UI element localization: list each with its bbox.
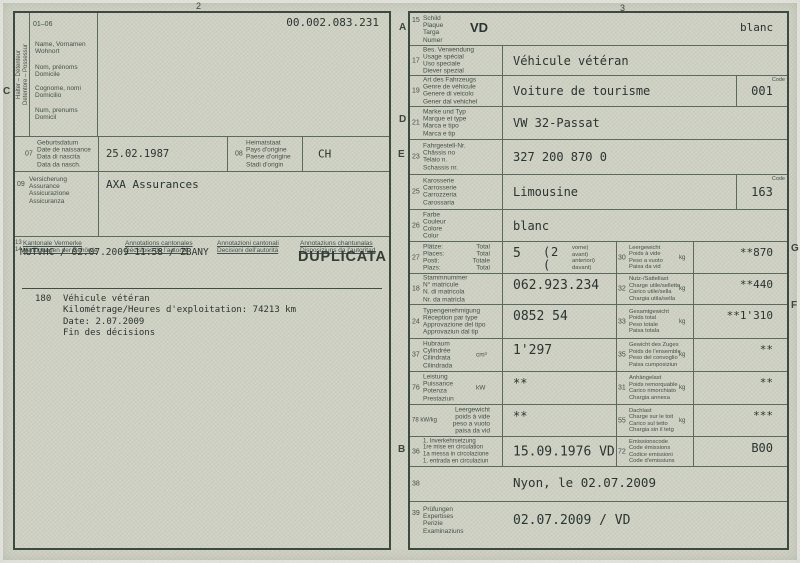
row-typeapproval-totalweight: 24 TypengenehmigungRéception par typeApp…: [410, 305, 787, 339]
duplicata-stamp: DUPLICATA: [298, 249, 387, 265]
field-55-number: 55: [618, 417, 626, 424]
field-30-unit: kg: [679, 255, 685, 261]
field-27-number: 27: [412, 254, 420, 261]
emissions-code-value: B00: [751, 441, 773, 455]
field-30-labels: LeergewichtPoids à videPeso a vuotoPaisa…: [629, 244, 663, 270]
field-39-number: 39: [412, 510, 420, 517]
field-24-number: 24: [412, 318, 420, 325]
divider: [693, 274, 694, 304]
field-76-number: 76: [412, 385, 420, 392]
divider: [227, 137, 228, 171]
holder-vertical-label-de-fr: Halter – Détenteur: [16, 13, 23, 136]
holder-block: Halter – Détenteur Detentore – Possessur…: [15, 13, 389, 137]
divider: [616, 437, 617, 466]
divider: [502, 210, 503, 241]
divider: [502, 107, 503, 139]
first-registration-value: 15.09.1976 VD: [513, 444, 615, 459]
margin-letter-d: D: [399, 114, 406, 125]
entry-text: Véhicule vétéranKilométrage/Heures d'exp…: [63, 294, 296, 339]
field-30-number: 30: [618, 254, 626, 261]
field-27-total-labels: TotalTotalTotaleTotal: [458, 243, 490, 272]
divider: [693, 242, 694, 273]
row-serial-payload: 18 StammnummerN° matriculeN. di matricol…: [410, 274, 787, 305]
special-use-value: Véhicule vétéran: [513, 54, 629, 68]
field-19-number: 19: [412, 88, 420, 95]
front-seats-bracket: (: [543, 245, 550, 259]
code-label: Code: [772, 77, 785, 83]
seats-total-value: 5: [513, 246, 521, 261]
divider: [502, 437, 503, 466]
field-range-label: 01–06: [33, 21, 52, 28]
divider: [502, 339, 503, 371]
field-78-number: 78 kW/kg: [412, 417, 437, 424]
row-body-style: 25 KarosserieCarrosserieCarrozzeriaCaros…: [410, 175, 787, 210]
field-32-unit: kg: [679, 286, 685, 292]
row-vehicle-type: 19 Art des FahrzeugsGenre de véhiculeGen…: [410, 76, 787, 107]
field-38-number: 38: [412, 481, 420, 488]
field-31-number: 31: [618, 385, 626, 392]
divider: [502, 76, 503, 106]
power-value: **: [513, 376, 527, 390]
field-26-number: 26: [412, 222, 420, 229]
field-09-number: 09: [17, 181, 25, 188]
field-18-number: 18: [412, 286, 420, 293]
row-inspections: 39 PrüfungenExpertisesPerizieExaminaziun…: [410, 502, 787, 548]
margin-letter-g: G: [791, 243, 799, 254]
divider: [693, 305, 694, 338]
page-number-left: 2: [196, 1, 201, 11]
margin-letter-f: F: [791, 300, 797, 311]
color-value: blanc: [513, 219, 549, 233]
payload-value: **440: [740, 278, 773, 291]
divider: [502, 242, 503, 273]
field-21-number: 21: [412, 120, 420, 127]
vehicle-registration-scan: 2 3 C A D E B G F Halter – Détenteur Det…: [0, 0, 800, 563]
serial-number-value: 062.923.234: [513, 278, 599, 293]
holder-label-rm: Num, prenumsDomicil: [35, 107, 78, 121]
plate-color-value: blanc: [740, 21, 773, 34]
divider: [502, 140, 503, 174]
divider: [98, 172, 99, 236]
divider: [693, 437, 694, 466]
field-07-labels: GeburtsdatumDate de naissanceData di nas…: [37, 140, 91, 169]
field-26-labels: FarbeCouleurColoreColur: [423, 211, 446, 240]
row-power-trailerload: 76 LeistungPuissancePotenzaPrestaziun kW…: [410, 372, 787, 405]
field-35-number: 35: [618, 352, 626, 359]
divider: [98, 137, 99, 171]
holder-vertical-label-it-rm: Detentore – Possessur: [23, 13, 30, 136]
chassis-number-value: 327 200 870 0: [513, 150, 607, 164]
row-color: 26 FarbeCouleurColoreColur blanc: [410, 210, 787, 242]
field-72-number: 72: [618, 448, 626, 455]
annotations-block: 1314 Kantonale VermerkeVerfügungen der B…: [15, 237, 389, 548]
row-make-type: 21 Marke und TypMarque et typeMarca e ti…: [410, 107, 787, 140]
divider: [616, 405, 617, 436]
row-powerweight-roofload: 78 kW/kg Leergewichtpoids à videpeso a v…: [410, 405, 787, 437]
margin-letter-e: E: [398, 149, 405, 160]
field-76-labels: LeistungPuissancePotenzaPrestaziun: [423, 374, 454, 403]
field-35-unit: kg: [679, 352, 685, 358]
front-seats-bracket2: (: [543, 258, 550, 272]
field-37-number: 37: [412, 352, 420, 359]
row-plate: 15 SchildPlaqueTargaNumer VD blanc: [410, 13, 787, 46]
divider: [616, 305, 617, 338]
plate-canton-value: VD: [470, 20, 488, 35]
divider: [502, 274, 503, 304]
field-37-labels: HubraumCylindréeCilindrataCilindrada: [423, 341, 452, 370]
field-32-labels: Nutz-/SattellastCharge utile/selletteCar…: [629, 276, 680, 302]
displacement-value: 1'297: [513, 343, 552, 358]
body-style-code-box: Code 163: [736, 175, 787, 209]
entry-code: 180: [35, 294, 51, 304]
birthdate-value: 25.02.1987: [106, 148, 169, 160]
roof-load-value: ***: [753, 409, 773, 422]
divider: [616, 372, 617, 404]
divider: [693, 405, 694, 436]
field-35-labels: Gewicht des ZugesPoids de l'ensemblePeso…: [629, 342, 681, 368]
page-left: Halter – Détenteur Detentore – Possessur…: [13, 11, 391, 550]
divider: [502, 46, 503, 75]
divider: [502, 175, 503, 209]
front-seats-labels: vorne)avant)anteriori)davant): [572, 245, 595, 271]
divider: [616, 274, 617, 304]
vehicle-type-code: 001: [751, 84, 773, 98]
field-07-number: 07: [25, 151, 33, 158]
issue-place-date-value: Nyon, le 02.07.2009: [513, 475, 656, 490]
row-chassis: 23 Fahrgestell-Nr.Châssis noTelaio n.Sch…: [410, 140, 787, 175]
separator-rule: [22, 288, 382, 289]
field-17-labels: Bes. VerwendungUsage spécialUso speciale…: [423, 46, 474, 75]
margin-letter-a: A: [399, 22, 406, 33]
field-15-number: 15: [412, 17, 420, 24]
row-seats-emptyweight: 27 Plätze:Places:Posti:Plazs: TotalTotal…: [410, 242, 787, 274]
field-25-labels: KarosserieCarrosserieCarrozzeriaCarossar…: [423, 178, 457, 207]
body-style-value: Limousine: [513, 185, 578, 199]
document-number: 00.002.083.231: [286, 16, 379, 29]
body-style-code: 163: [751, 185, 773, 199]
vehicle-type-code-box: Code 001: [736, 76, 787, 106]
field-09-labels: VersicherungAssuranceAssicurazioneAssicu…: [29, 176, 69, 205]
power-weight-value: **: [513, 409, 527, 423]
annotations-header-it: Annotazioni cantonaliDecisioni dell'auto…: [217, 240, 279, 254]
row-special-use: 17 Bes. VerwendungUsage spécialUso speci…: [410, 46, 787, 76]
row-firstregistration-emissions: 36 1. Inverkehrsetzung1re mise en circul…: [410, 437, 787, 467]
divider: [302, 137, 303, 171]
field-27-labels: Plätze:Places:Posti:Plazs:: [423, 243, 444, 272]
divider: [616, 339, 617, 371]
field-33-number: 33: [618, 318, 626, 325]
field-78-labels: Leergewichtpoids à videpeso a vuotopaisa…: [446, 406, 490, 435]
field-24-labels: TypengenehmigungRéception par typeApprov…: [423, 307, 486, 336]
field-36-number: 36: [412, 448, 420, 455]
holder-label-de: Name, VornamenWohnort: [35, 41, 86, 55]
field-72-labels: EmissionscodeCode émissionsCodice emissi…: [629, 438, 675, 464]
field-18-labels: StammnummerN° matriculeN. di matricolaNr…: [423, 275, 467, 304]
divider: [502, 305, 503, 338]
row-birthdate-origin: 07 GeburtsdatumDate de naissanceData di …: [15, 137, 389, 172]
holder-label-it: Cognome, nomiDomicilio: [35, 85, 81, 99]
field-15-labels: SchildPlaqueTargaNumer: [423, 15, 443, 44]
divider: [693, 372, 694, 404]
field-23-number: 23: [412, 154, 420, 161]
field-25-number: 25: [412, 189, 420, 196]
field-08-number: 08: [235, 151, 243, 158]
mutation-stamp: MUTVHC / 02.07.2009 11:58 / ZBANY: [20, 247, 209, 258]
row-insurance: 09 VersicherungAssuranceAssicurazioneAss…: [15, 172, 389, 237]
row-issue-place-date: 38 Nyon, le 02.07.2009: [410, 467, 787, 502]
empty-weight-value: **870: [740, 246, 773, 259]
make-type-value: VW 32-Passat: [513, 116, 600, 130]
train-weight-value: **: [760, 343, 773, 356]
vehicle-type-value: Voiture de tourisme: [513, 84, 650, 98]
margin-letter-b: B: [398, 444, 405, 455]
field-19-labels: Art des FahrzeugsGenre de véhiculeGenere…: [423, 77, 477, 106]
field-33-unit: kg: [679, 319, 685, 325]
field-39-labels: PrüfungenExpertisesPerizieExaminaziuns: [423, 506, 463, 535]
field-31-labels: AnhängelastPoids remorquableCarico rimor…: [629, 375, 678, 401]
field-33-labels: GesamtgewichtPoids totalPeso totalePaisa…: [629, 308, 669, 334]
field-23-labels: Fahrgestell-Nr.Châssis noTelaio n.Schass…: [423, 143, 466, 172]
field-31-unit: kg: [679, 385, 685, 391]
row-displacement-trainweight: 37 HubraumCylindréeCilindrataCilindrada …: [410, 339, 787, 372]
divider: [502, 372, 503, 404]
total-weight-value: **1'310: [727, 309, 773, 322]
page-right: 15 SchildPlaqueTargaNumer VD blanc 17 Be…: [408, 11, 789, 550]
field-21-labels: Marke und TypMarque et typeMarca e tipoM…: [423, 109, 466, 138]
holder-label-fr: Nom, prénomsDomicile: [35, 64, 78, 78]
margin-letter-c: C: [3, 86, 10, 97]
field-36-labels: 1. Inverkehrsetzung1re mise en circulati…: [423, 438, 489, 465]
origin-country-value: CH: [318, 148, 331, 161]
front-seats-value: 2: [551, 245, 558, 259]
inspection-value: 02.07.2009 / VD: [513, 513, 630, 528]
holder-vertical-strip: Halter – Détenteur Detentore – Possessur: [15, 13, 30, 136]
field-55-labels: DachlastCharge sur le toitCarico sul tet…: [629, 407, 674, 433]
divider: [693, 339, 694, 371]
code-label: Code: [772, 176, 785, 182]
field-08-labels: HeimatstaatPays d'originePaese d'origine…: [246, 140, 291, 169]
field-32-number: 32: [618, 286, 626, 293]
field-37-unit: cm³: [476, 351, 487, 358]
insurance-value: AXA Assurances: [106, 178, 199, 191]
field-17-number: 17: [412, 57, 420, 64]
type-approval-value: 0852 54: [513, 309, 568, 324]
divider: [616, 242, 617, 273]
field-76-unit: kW: [476, 384, 485, 391]
trailer-load-value: **: [760, 376, 773, 389]
field-55-unit: kg: [679, 418, 685, 424]
holder-label-column: 01–06 Name, VornamenWohnort Nom, prénoms…: [30, 13, 98, 136]
divider: [502, 405, 503, 436]
